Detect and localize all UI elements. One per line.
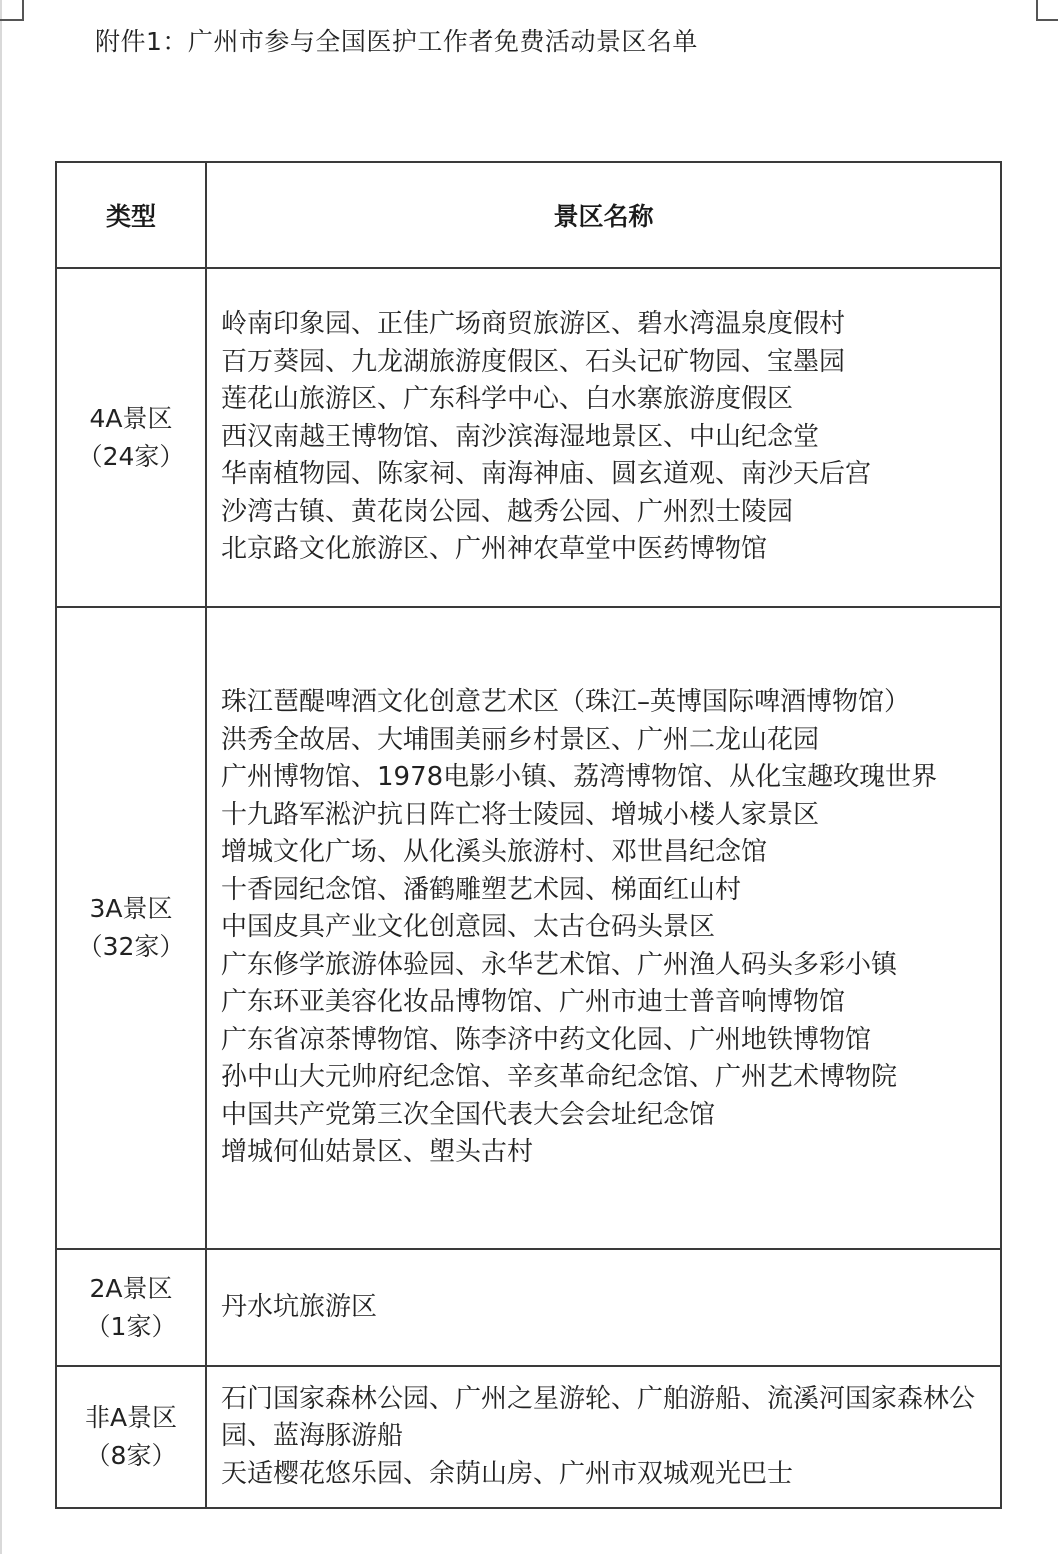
names-line: 洪秀全故居、大埔围美丽乡村景区、广州二龙山花园 xyxy=(221,722,992,760)
names-line: 十香园纪念馆、潘鹤雕塑艺术园、梯面红山村 xyxy=(221,872,992,910)
names-line: 中国皮具产业文化创意园、太古仓码头景区 xyxy=(221,909,992,947)
scenic-spot-table: 类型 景区名称 4A景区 （24家） 岭南印象园、正佳广场商贸旅游区、碧水湾温泉… xyxy=(55,161,1002,1509)
names-line: 广东修学旅游体验园、永华艺术馆、广州渔人码头多彩小镇 xyxy=(221,947,992,985)
names-line: 石门国家森林公园、广州之星游轮、广舶游船、流溪河国家森林公园、蓝海豚游船 xyxy=(221,1381,992,1456)
table-row-3a: 3A景区 （32家） 珠江琶醍啤酒文化创意艺术区（珠江–英博国际啤酒博物馆） 洪… xyxy=(56,607,1001,1249)
type-cell: 3A景区 （32家） xyxy=(56,607,206,1249)
type-count: （32家） xyxy=(57,928,205,966)
names-line: 丹水坑旅游区 xyxy=(221,1289,992,1327)
table-row-4a: 4A景区 （24家） 岭南印象园、正佳广场商贸旅游区、碧水湾温泉度假村 百万葵园… xyxy=(56,268,1001,607)
table-row-non-a: 非A景区 （8家） 石门国家森林公园、广州之星游轮、广舶游船、流溪河国家森林公园… xyxy=(56,1366,1001,1508)
names-line: 华南植物园、陈家祠、南海神庙、圆玄道观、南沙天后宫 xyxy=(221,456,992,494)
header-names: 景区名称 xyxy=(206,162,1001,268)
names-cell: 石门国家森林公园、广州之星游轮、广舶游船、流溪河国家森林公园、蓝海豚游船 天适樱… xyxy=(206,1366,1001,1508)
type-cell: 2A景区 （1家） xyxy=(56,1249,206,1366)
names-cell: 岭南印象园、正佳广场商贸旅游区、碧水湾温泉度假村 百万葵园、九龙湖旅游度假区、石… xyxy=(206,268,1001,607)
names-line: 珠江琶醍啤酒文化创意艺术区（珠江–英博国际啤酒博物馆） xyxy=(221,684,992,722)
names-line: 天适樱花悠乐园、余荫山房、广州市双城观光巴士 xyxy=(221,1456,992,1494)
names-cell: 珠江琶醍啤酒文化创意艺术区（珠江–英博国际啤酒博物馆） 洪秀全故居、大埔围美丽乡… xyxy=(206,607,1001,1249)
type-label: 2A景区 xyxy=(57,1270,205,1308)
names-line: 广东环亚美容化妆品博物馆、广州市迪士普音响博物馆 xyxy=(221,984,992,1022)
names-line: 增城何仙姑景区、塱头古村 xyxy=(221,1134,992,1172)
table-row-2a: 2A景区 （1家） 丹水坑旅游区 xyxy=(56,1249,1001,1366)
type-label: 4A景区 xyxy=(57,400,205,438)
type-count: （8家） xyxy=(57,1437,205,1475)
names-line: 增城文化广场、从化溪头旅游村、邓世昌纪念馆 xyxy=(221,834,992,872)
type-cell: 4A景区 （24家） xyxy=(56,268,206,607)
names-line: 中国共产党第三次全国代表大会会址纪念馆 xyxy=(221,1097,992,1135)
type-cell: 非A景区 （8家） xyxy=(56,1366,206,1508)
page-corner-mark-right xyxy=(1036,0,1058,21)
names-line: 广东省凉茶博物馆、陈李济中药文化园、广州地铁博物馆 xyxy=(221,1022,992,1060)
page-corner-mark-left xyxy=(0,0,24,21)
names-cell: 丹水坑旅游区 xyxy=(206,1249,1001,1366)
names-line: 百万葵园、九龙湖旅游度假区、石头记矿物园、宝墨园 xyxy=(221,344,992,382)
names-line: 孙中山大元帅府纪念馆、辛亥革命纪念馆、广州艺术博物院 xyxy=(221,1059,992,1097)
document-title: 附件1：广州市参与全国医护工作者免费活动景区名单 xyxy=(95,22,698,58)
type-label: 3A景区 xyxy=(57,890,205,928)
names-line: 岭南印象园、正佳广场商贸旅游区、碧水湾温泉度假村 xyxy=(221,306,992,344)
page-edge xyxy=(0,0,2,1554)
type-count: （24家） xyxy=(57,438,205,476)
type-label: 非A景区 xyxy=(57,1399,205,1437)
names-line: 广州博物馆、1978电影小镇、荔湾博物馆、从化宝趣玫瑰世界 xyxy=(221,759,992,797)
names-line: 沙湾古镇、黄花岗公园、越秀公园、广州烈士陵园 xyxy=(221,494,992,532)
header-type: 类型 xyxy=(56,162,206,268)
names-line: 莲花山旅游区、广东科学中心、白水寨旅游度假区 xyxy=(221,381,992,419)
names-line: 北京路文化旅游区、广州神农草堂中医药博物馆 xyxy=(221,531,992,569)
table-header-row: 类型 景区名称 xyxy=(56,162,1001,268)
names-line: 西汉南越王博物馆、南沙滨海湿地景区、中山纪念堂 xyxy=(221,419,992,457)
names-line: 十九路军淞沪抗日阵亡将士陵园、增城小楼人家景区 xyxy=(221,797,992,835)
type-count: （1家） xyxy=(57,1308,205,1346)
